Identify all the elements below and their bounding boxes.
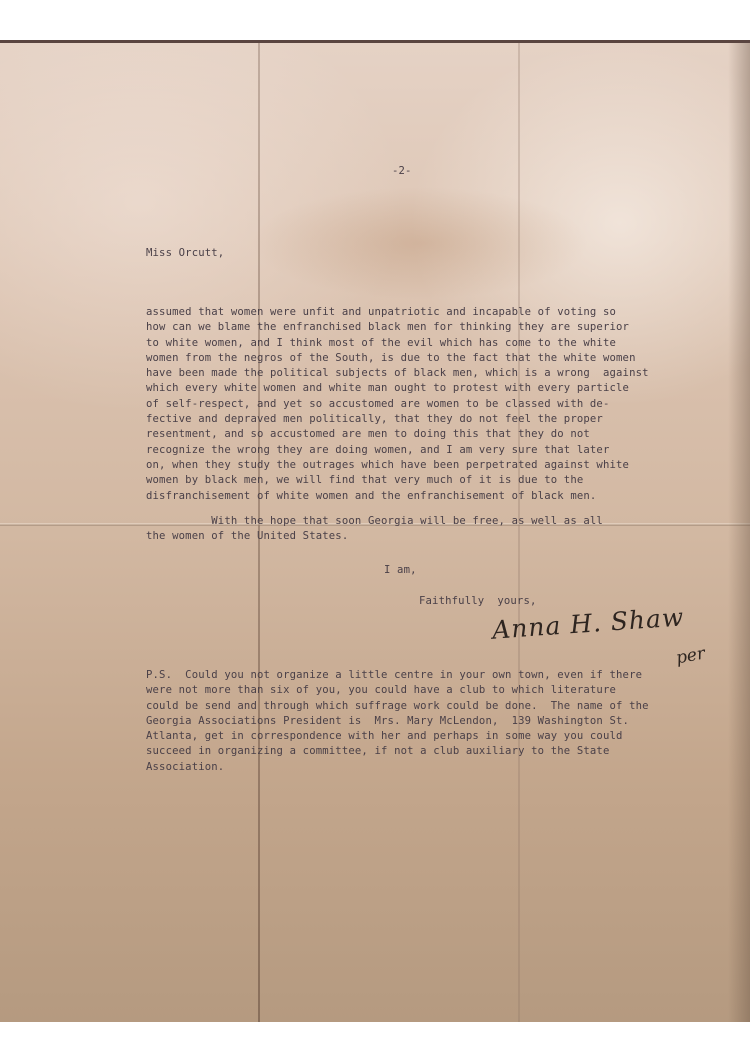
postscript: P.S. Could you not organize a little cen… [146,668,649,775]
postscript-line: succeed in organizing a committee, if no… [146,744,649,759]
body-line: recognize the wrong they are doing women… [146,443,649,458]
postscript-line: Atlanta, get in correspondence with her … [146,729,649,744]
closing-i-am: I am, [384,563,417,578]
signature-per-note: per [674,644,706,669]
body-line: of self-respect, and yet so accustomed a… [146,397,649,412]
postscript-line: were not more than six of you, you could… [146,683,649,698]
closing-line: the women of the United States. [146,529,603,544]
body-line: to white women, and I think most of the … [146,336,649,351]
letter-page: -2- Miss Orcutt, assumed that women were… [0,40,750,1022]
salutation: Miss Orcutt, [146,246,224,261]
postscript-line: Georgia Associations President is Mrs. M… [146,714,649,729]
closing-paragraph: With the hope that soon Georgia will be … [146,514,603,545]
postscript-line: could be send and through which suffrage… [146,699,649,714]
body-line: which every white women and white man ou… [146,381,649,396]
body-line: disfranchisement of white women and the … [146,489,649,504]
page-number: -2- [392,164,412,179]
body-paragraph: assumed that women were unfit and unpatr… [146,305,649,504]
body-line: fective and depraved men politically, th… [146,412,649,427]
body-line: resentment, and so accustomed are men to… [146,427,649,442]
postscript-line: P.S. Could you not organize a little cen… [146,668,649,683]
postscript-line: Association. [146,760,649,775]
body-line: have been made the political subjects of… [146,366,649,381]
body-line: on, when they study the outrages which h… [146,458,649,473]
valediction: Faithfully yours, [419,594,537,609]
closing-line: With the hope that soon Georgia will be … [146,514,603,529]
body-line: women by black men, we will find that ve… [146,473,649,488]
body-line: assumed that women were unfit and unpatr… [146,305,649,320]
body-line: women from the negros of the South, is d… [146,351,649,366]
body-line: how can we blame the enfranchised black … [146,320,649,335]
